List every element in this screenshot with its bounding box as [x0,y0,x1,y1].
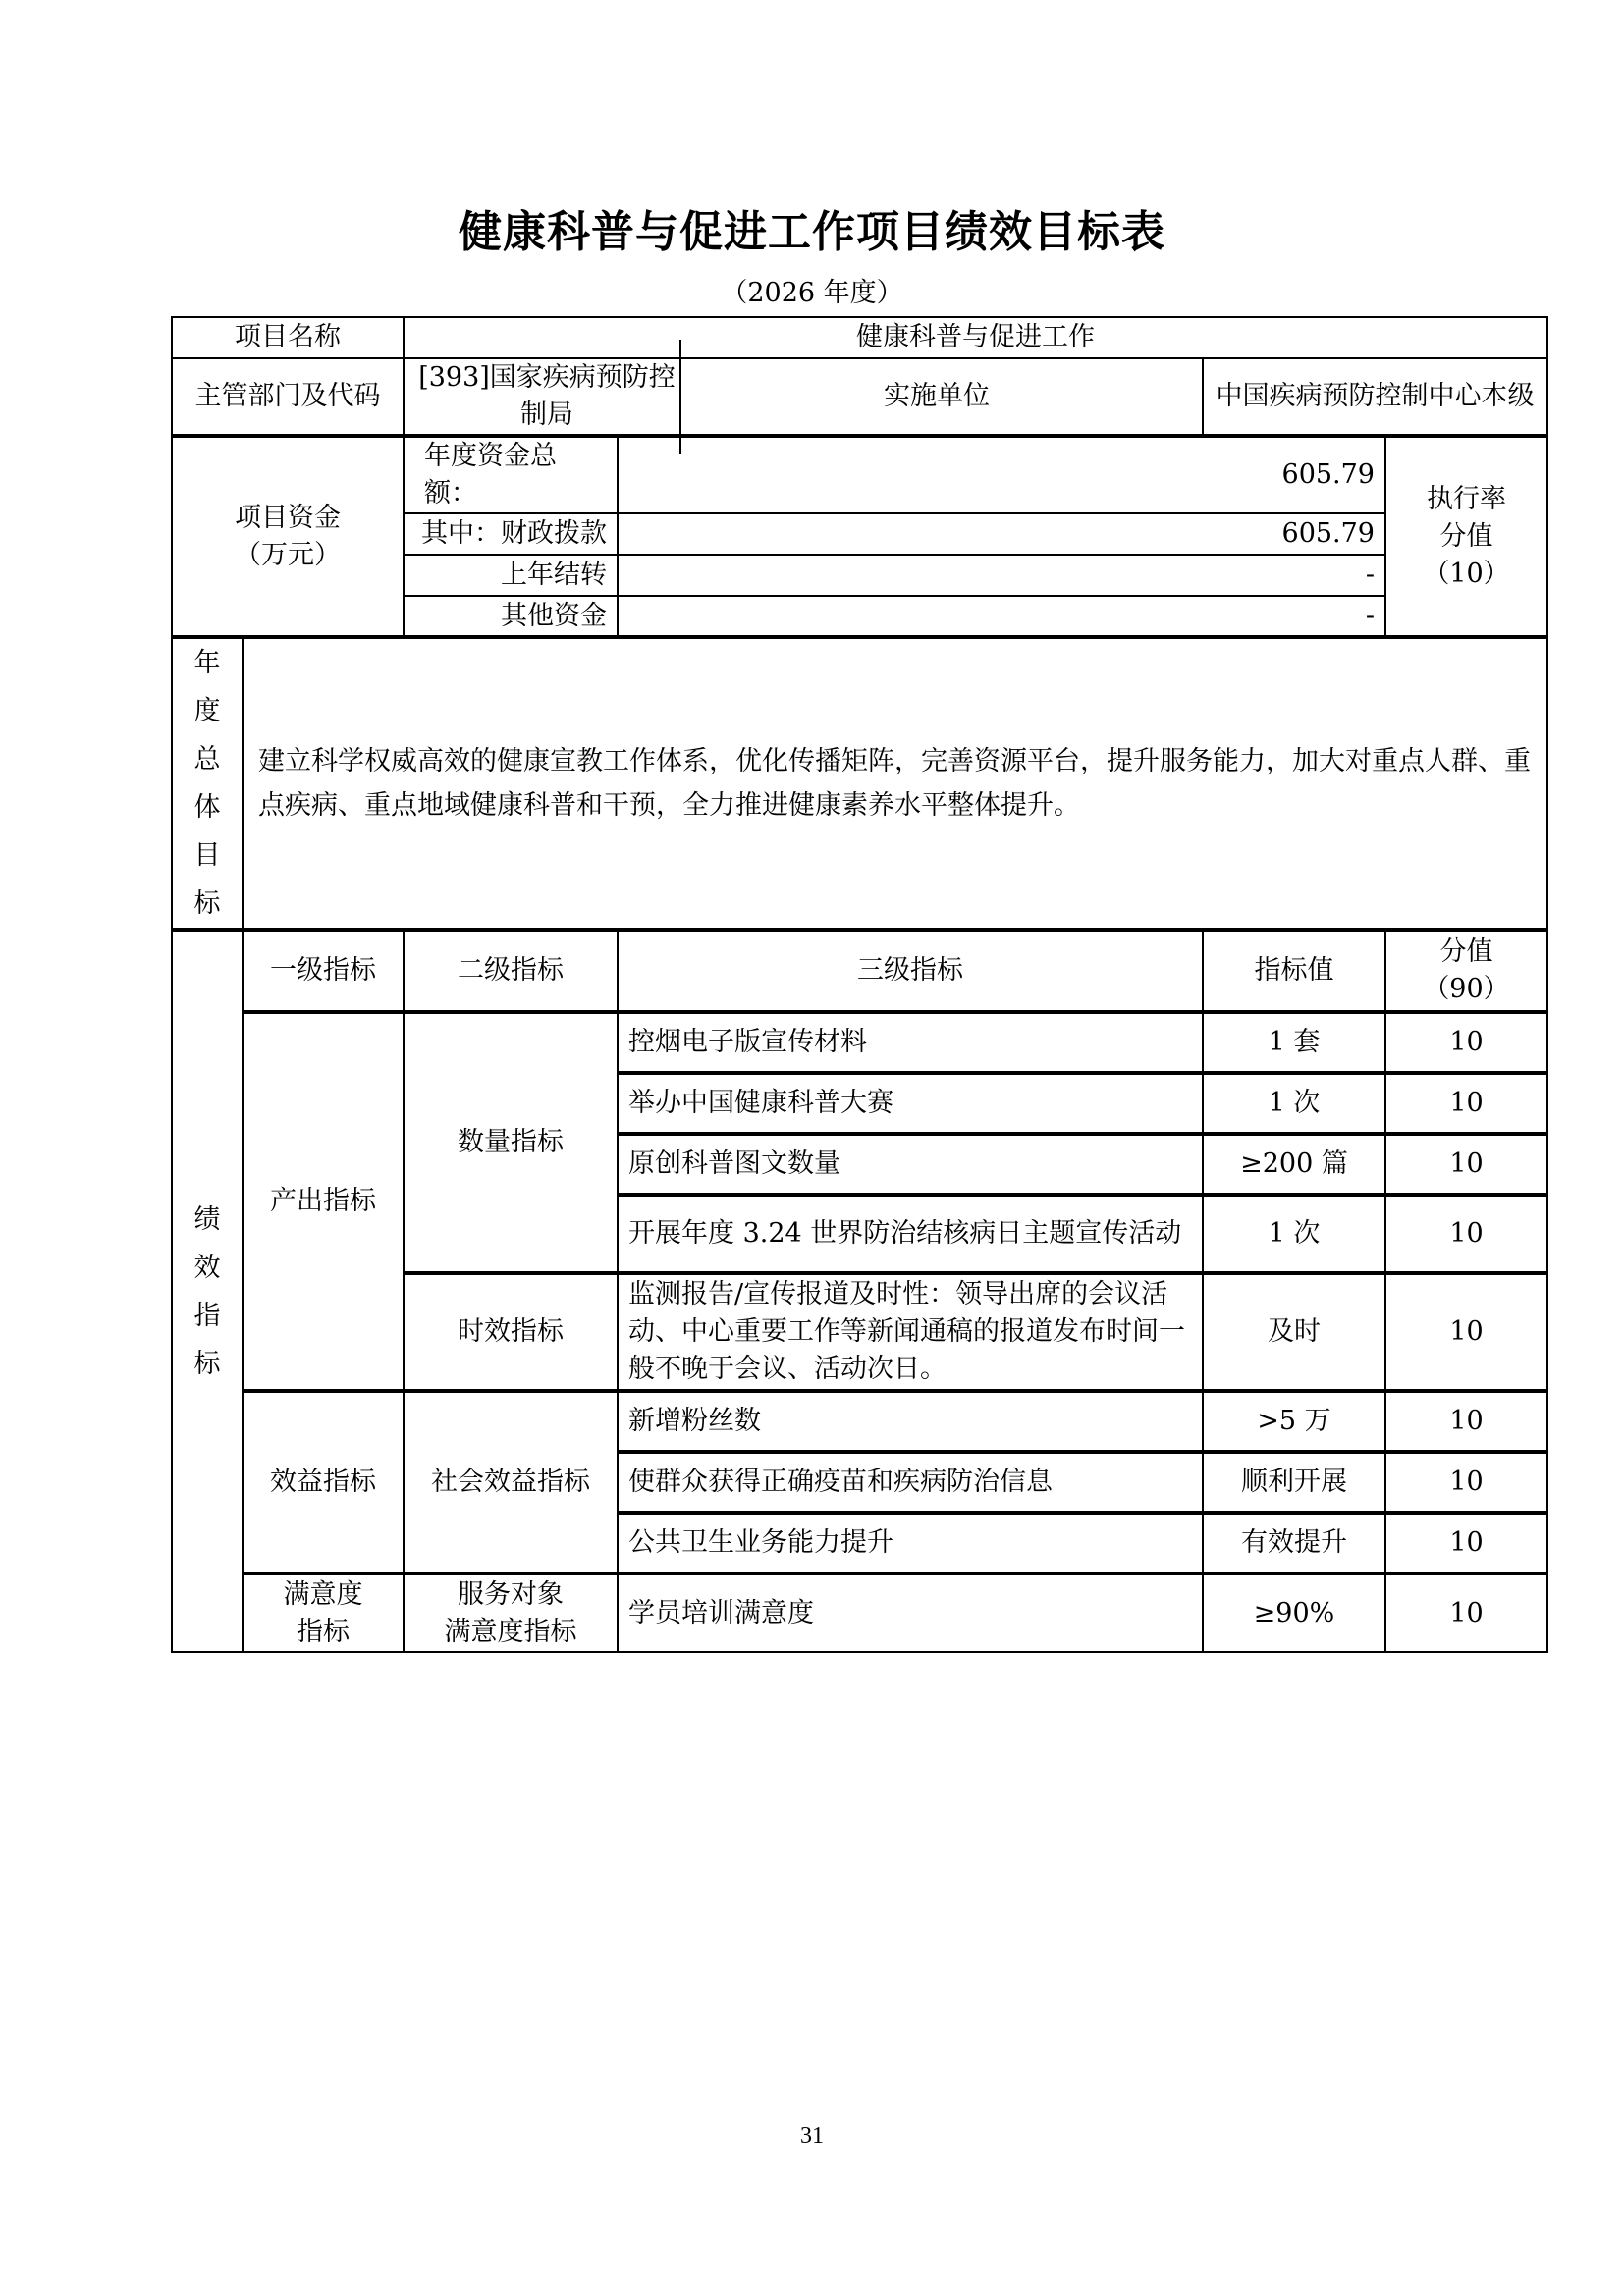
group-satisfaction-line2: 指标 [297,1617,350,1647]
indicator-name: 公共卫生业务能力提升 [618,1513,1203,1574]
header-level3: 三级指标 [618,930,1203,1012]
indicator-value: 顺利开展 [1203,1452,1385,1513]
indicator-score: 10 [1385,1574,1547,1652]
impl-label: 实施单位 [679,340,1192,454]
dept-value-text: [393]国家疾病预防控制局 [414,359,679,434]
indicator-score: 10 [1385,1134,1547,1195]
indicators-label-char: 指 [173,1292,242,1340]
group-satisfaction: 满意度 指标 [243,1574,404,1652]
indicator-score: 10 [1385,1273,1547,1391]
group-service-line1: 服务对象 [458,1579,564,1610]
indicator-name: 举办中国健康科普大赛 [618,1073,1203,1134]
exec-rate-score: 执行率 分值 （10） [1385,436,1547,637]
indicators-label-char: 绩 [173,1196,242,1244]
group-social: 社会效益指标 [404,1391,618,1574]
group-timeliness: 时效指标 [404,1273,618,1391]
indicators-section-label: 绩 效 指 标 [172,930,243,1652]
funds-label-line1: 项目资金 [235,503,341,533]
indicator-score: 10 [1385,1513,1547,1574]
indicator-name: 原创科普图文数量 [618,1134,1203,1195]
goal-label-char: 年 [173,639,242,687]
funds-label-line2: （万元） [235,540,341,570]
header-score-line1: 分值 [1440,936,1493,967]
indicator-score: 10 [1385,1195,1547,1273]
indicator-value: 1 次 [1203,1195,1385,1273]
funds-total-label: 年度资金总额： [404,436,618,513]
exec-rate-line1: 执行率 [1427,484,1506,514]
funds-carryover-label: 上年结转 [404,555,618,596]
page-subtitle: （2026 年度） [0,271,1624,309]
header-score: 分值 （90） [1385,930,1547,1012]
group-service-line2: 满意度指标 [445,1617,577,1647]
header-score-line2: （90） [1423,974,1509,1004]
indicators-label-char: 效 [173,1244,242,1292]
funds-fiscal-label: 其中：财政拨款 [404,513,618,555]
goal-text: 建立科学权威高效的健康宣教工作体系，优化传播矩阵，完善资源平台，提升服务能力，加… [243,637,1547,930]
performance-goal-table: 项目名称 健康科普与促进工作 主管部门及代码 [393]国家疾病预防控制局 实施… [171,316,1548,1653]
group-satisfaction-line1: 满意度 [284,1579,363,1610]
dept-value: [393]国家疾病预防控制局 实施单位 [404,358,1203,436]
goal-label-char: 体 [173,783,242,831]
indicator-name: 使群众获得正确疫苗和疾病防治信息 [618,1452,1203,1513]
goal-label-char: 标 [173,880,242,928]
indicator-value: 1 次 [1203,1073,1385,1134]
indicator-score: 10 [1385,1391,1547,1452]
indicator-score: 10 [1385,1073,1547,1134]
indicator-value: 1 套 [1203,1012,1385,1073]
goal-label-char: 目 [173,831,242,880]
indicator-name: 学员培训满意度 [618,1574,1203,1652]
group-benefit: 效益指标 [243,1391,404,1574]
impl-value: 中国疾病预防控制中心本级 [1203,358,1547,436]
indicator-name: 新增粉丝数 [618,1391,1203,1452]
group-quantity: 数量指标 [404,1012,618,1273]
indicators-label-char: 标 [173,1340,242,1388]
funds-other-value: - [618,596,1385,637]
indicator-name: 控烟电子版宣传材料 [618,1012,1203,1073]
group-output: 产出指标 [243,1012,404,1391]
page-number: 31 [0,2123,1624,2150]
goal-label-char: 总 [173,735,242,783]
indicator-value: ≥90% [1203,1574,1385,1652]
funds-label: 项目资金 （万元） [172,436,404,637]
header-level1: 一级指标 [243,930,404,1012]
goal-label: 年 度 总 体 目 标 [172,637,243,930]
indicator-value: 及时 [1203,1273,1385,1391]
exec-rate-line2: 分值 [1440,521,1493,552]
page-title: 健康科普与促进工作项目绩效目标表 [0,196,1624,259]
project-name-label: 项目名称 [172,317,404,358]
group-service-satisfaction: 服务对象 满意度指标 [404,1574,618,1652]
indicator-name: 监测报告/宣传报道及时性：领导出席的会议活动、中心重要工作等新闻通稿的报道发布时… [618,1273,1203,1391]
exec-rate-line3: （10） [1423,559,1509,589]
funds-other-label: 其他资金 [404,596,618,637]
funds-fiscal-value: 605.79 [618,513,1385,555]
indicator-score: 10 [1385,1012,1547,1073]
indicator-value: >5 万 [1203,1391,1385,1452]
goal-label-char: 度 [173,687,242,735]
header-level2: 二级指标 [404,930,618,1012]
indicator-value: 有效提升 [1203,1513,1385,1574]
header-value: 指标值 [1203,930,1385,1012]
indicator-value: ≥200 篇 [1203,1134,1385,1195]
funds-carryover-value: - [618,555,1385,596]
dept-label: 主管部门及代码 [172,358,404,436]
indicator-score: 10 [1385,1452,1547,1513]
indicator-name: 开展年度 3.24 世界防治结核病日主题宣传活动 [618,1195,1203,1273]
